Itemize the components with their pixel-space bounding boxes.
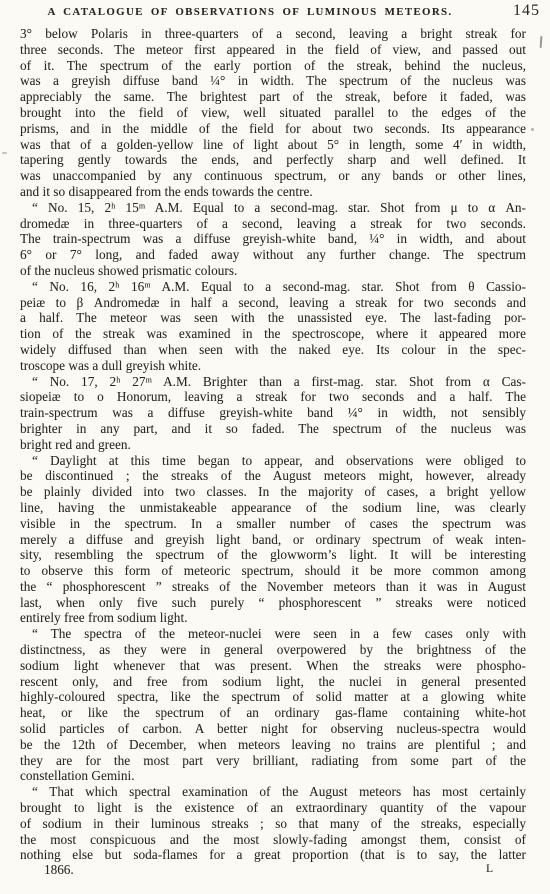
text-line: troscope was a dull greyish white.: [20, 358, 526, 374]
text-line: solid particles of carbon. A better nigh…: [20, 721, 526, 737]
text-line: “ No. 16, 2ʰ 16ᵐ A.M. Equal to a second-…: [20, 279, 526, 295]
text-line: of the nucleus showed prismatic colours.: [20, 263, 526, 279]
text-line: be the 12th of December, when meteors le…: [20, 737, 526, 753]
text-line: highly-coloured spectra, like the spectr…: [20, 689, 526, 705]
text-line: siopeiæ to o Honorum, leaving a streak f…: [20, 389, 526, 405]
text-line: a half. The meteor was seen with the una…: [20, 310, 526, 326]
text-line: visible in the spectrum. In a smaller nu…: [20, 516, 526, 532]
running-title: A CATALOGUE OF OBSERVATIONS OF LUMINOUS …: [20, 6, 480, 18]
text-line: appreciably the same. The brightest part…: [20, 89, 526, 105]
text-line: brought into the field of view, well sit…: [20, 105, 526, 121]
scan-artifact: [540, 36, 543, 48]
page-footer: 1866. L: [20, 862, 526, 878]
text-line: sodium light whenever that was present. …: [20, 658, 526, 674]
text-line: tion of the streak was examined in the s…: [20, 326, 526, 342]
text-line: bright red and green.: [20, 437, 526, 453]
text-line: “ That which spectral examination of the…: [20, 784, 526, 800]
text-line: the most conspicuous and the most slowly…: [20, 832, 526, 848]
text-line: of sodium in their luminous streaks ; so…: [20, 816, 526, 832]
text-line: “ Daylight at this time began to appear,…: [20, 453, 526, 469]
text-line: entirely free from sodium light.: [20, 610, 526, 626]
text-line: distinctness, as they were in general ov…: [20, 642, 526, 658]
text-line: be discontinued ; the streaks of the Aug…: [20, 468, 526, 484]
text-line: the “ phosphorescent ” streaks of the No…: [20, 579, 526, 595]
text-line: nothing else but soda-flames for a great…: [20, 847, 526, 863]
book-page: A CATALOGUE OF OBSERVATIONS OF LUMINOUS …: [0, 0, 550, 894]
text-line: merely a diffuse and greyish light band,…: [20, 532, 526, 548]
page-number: 145: [513, 2, 540, 20]
text-line: rescent only, and free from sodium light…: [20, 674, 526, 690]
text-line: prisms, and in the middle of the field f…: [20, 121, 526, 137]
scan-artifact: [531, 128, 534, 131]
text-line: brighter in any part, and it so faded. T…: [20, 421, 526, 437]
text-line: “ The spectra of the meteor-nuclei were …: [20, 626, 526, 642]
text-line: heat, or like the spectrum of an ordinar…: [20, 705, 526, 721]
text-line: 3° below Polaris in three-quarters of a …: [20, 26, 526, 42]
text-line: sity, resembling the spectrum of the glo…: [20, 547, 526, 563]
text-line: “ No. 15, 2ʰ 15ᵐ A.M. Equal to a second-…: [20, 200, 526, 216]
text-line: line, having the unmistakeable appearanc…: [20, 500, 526, 516]
text-line: widely diffused than when seen with the …: [20, 342, 526, 358]
text-line: “ No. 17, 2ʰ 27ᵐ A.M. Brighter than a fi…: [20, 374, 526, 390]
text-line: tapering gently towards the ends, and pe…: [20, 152, 526, 168]
text-line: be plainly divided into two classes. In …: [20, 484, 526, 500]
text-line: dromedæ in three-quarters of a second, l…: [20, 216, 526, 232]
text-line: to observe this form of meteoric spectru…: [20, 563, 526, 579]
text-line: three seconds. The meteor first appeared…: [20, 42, 526, 58]
text-line: brought to light is the existence of an …: [20, 800, 526, 816]
text-line: of it. The spectrum of the early portion…: [20, 58, 526, 74]
text-line: 6° or 7° long, and faded away without an…: [20, 247, 526, 263]
footer-year: 1866.: [44, 862, 74, 877]
text-line: constellation Gemini.: [20, 768, 526, 784]
text-line: and it so disappeared from the ends towa…: [20, 184, 526, 200]
text-line: last, when only five such purely “ phosp…: [20, 595, 526, 611]
scan-artifact: [2, 152, 7, 154]
text-line: was a greyish diffuse band ¼° in width. …: [20, 73, 526, 89]
body-text: 3° below Polaris in three-quarters of a …: [20, 26, 526, 863]
text-line: The train-spectrum was a diffuse greyish…: [20, 231, 526, 247]
text-line: was that of a golden-yellow line of ligh…: [20, 137, 526, 153]
text-line: train-spectrum was a diffuse greyish-whi…: [20, 405, 526, 421]
text-line: was unaccompanied by any continuous spec…: [20, 168, 526, 184]
text-line: peiæ to β Andromedæ in half a second, le…: [20, 295, 526, 311]
printer-signature-mark: L: [486, 863, 494, 875]
text-line: they are for the most part very brillian…: [20, 753, 526, 769]
